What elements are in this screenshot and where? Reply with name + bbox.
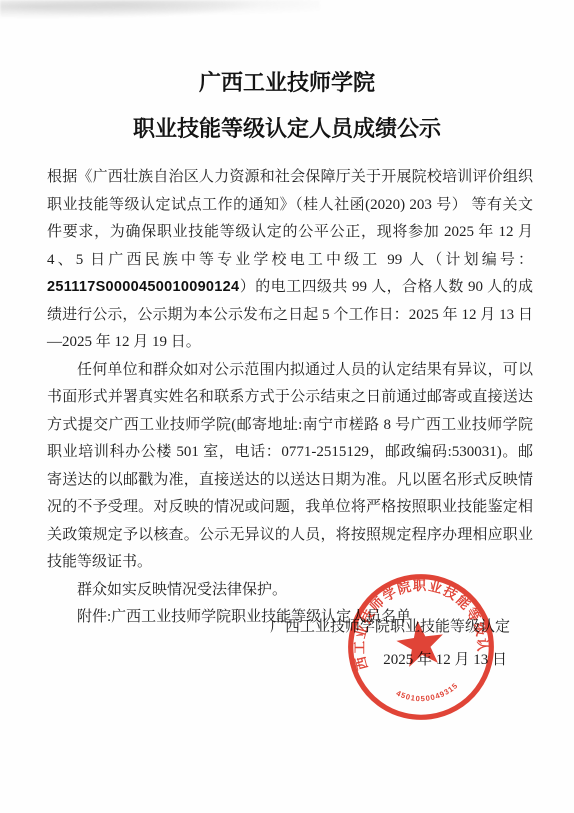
- document-body: 根据《广西壮族自治区人力资源和社会保障厅关于开展院校培训评价组织职业技能等级认定…: [47, 164, 533, 632]
- paragraph-basis-text-before: 根据《广西壮族自治区人力资源和社会保障厅关于开展院校培训评价组织职业技能等级认定…: [47, 169, 533, 268]
- paragraph-basis: 根据《广西壮族自治区人力资源和社会保障厅关于开展院校培训评价组织职业技能等级认定…: [47, 164, 533, 357]
- plan-code: 251117S0000450010090124: [47, 279, 239, 295]
- signature-org: 广西工业技师学院职业技能等级认定: [0, 616, 574, 638]
- paragraph-legal-protection: 群众如实反映情况受法律保护。: [47, 577, 533, 605]
- paragraph-objection-procedure: 任何单位和群众如对公示范围内拟通过人员的认定结果有异议，可以书面形式并署真实姓名…: [47, 357, 533, 577]
- document-title-line1: 广西工业技师学院: [0, 0, 574, 96]
- signature-date: 2025 年 12 月 13 日: [0, 649, 574, 671]
- signature-block: 广西工业技师学院职业技能等级认定 2025 年 12 月 13 日: [0, 616, 574, 671]
- svg-text:4501050049315: 4501050049315: [394, 680, 462, 707]
- seal-code: 4501050049315: [394, 680, 462, 707]
- document-page: 广西工业技师学院 职业技能等级认定人员成绩公示 根据《广西壮族自治区人力资源和社…: [0, 0, 574, 813]
- document-title-line2: 职业技能等级认定人员成绩公示: [0, 116, 574, 142]
